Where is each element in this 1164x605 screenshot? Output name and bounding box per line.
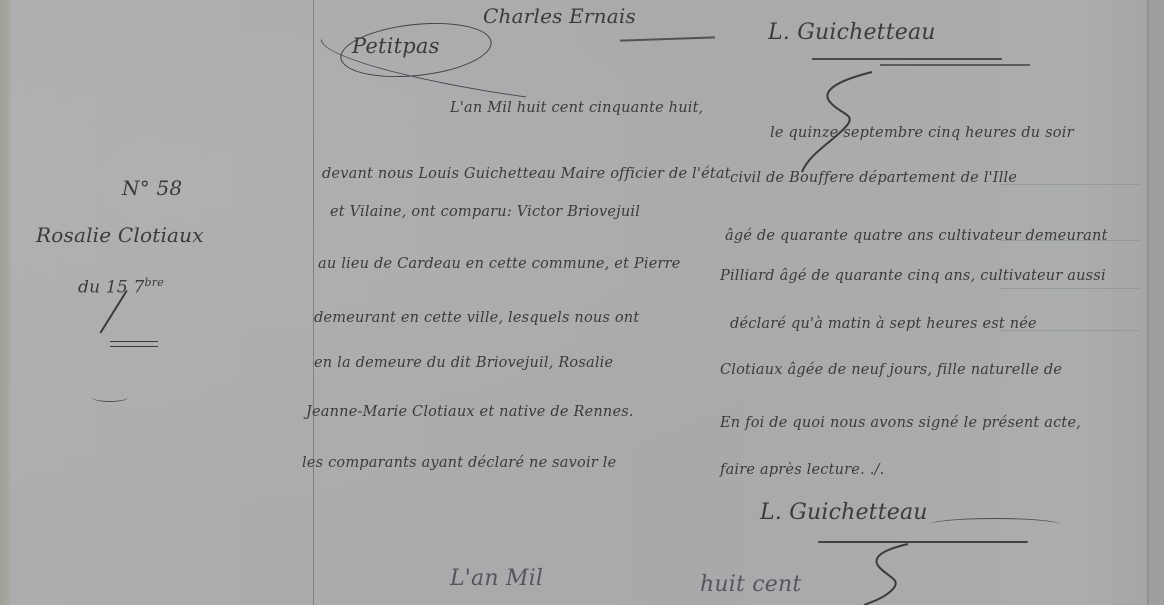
margin-date-month-sup: bre: [145, 276, 164, 289]
body-line-6-left: en la demeure du dit Briovejuil, Rosalie: [314, 355, 613, 371]
ruled-line: [1000, 184, 1140, 185]
signature-underline: [812, 58, 1002, 60]
body-line-7-right: En foi de quoi nous avons signé le prése…: [720, 415, 1081, 431]
paraph-flourish-icon: [860, 540, 940, 605]
margin-double-underline: [110, 341, 158, 347]
body-line-1-left: L'an Mil huit cent cinquante huit,: [450, 100, 703, 116]
next-entry-continuation: huit cent: [700, 572, 801, 597]
margin-dash-mark: [92, 393, 128, 402]
body-line-2-left: devant nous Louis Guichetteau Maire offi…: [322, 166, 731, 182]
officer-signature-bottom: L. Guichetteau: [760, 500, 928, 525]
body-line-5-right: déclaré qu'à matin à sept heures est née: [730, 316, 1037, 332]
body-line-7-left: Jeanne-Marie Clotiaux et native de Renne…: [306, 404, 634, 420]
body-line-2-right: civil de Bouffere département de l'Ille: [730, 170, 1017, 186]
ruled-line: [1000, 288, 1140, 289]
signature-flourish: [620, 36, 715, 41]
register-page: N° 58 Rosalie Clotiaux du 15 7bre Charle…: [0, 0, 1164, 605]
body-line-3-right: âgé de quarante quatre ans cultivateur d…: [725, 228, 1108, 244]
margin-date: du 15 7bre: [78, 276, 164, 298]
name-stamp-text: Petitpas: [352, 34, 440, 58]
next-entry-start: L'an Mil: [450, 566, 543, 591]
margin-child-name: Rosalie Clotiaux: [36, 223, 204, 247]
margin-entry-number: N° 58: [122, 176, 182, 200]
binding-strip: [1149, 0, 1164, 605]
body-line-3-left: et Vilaine, ont comparu: Victor Brioveju…: [330, 204, 640, 220]
body-line-8-left: les comparants ayant déclaré ne savoir l…: [302, 455, 616, 471]
body-line-1-right: le quinze septembre cinq heures du soir: [770, 125, 1074, 141]
body-line-4-left: au lieu de Cardeau en cette commune, et …: [318, 256, 681, 272]
signature-tail: [930, 518, 1060, 531]
paraph-flourish-icon: [800, 62, 910, 182]
body-line-8-right: faire après lecture. ./.: [720, 462, 884, 478]
signature-previous-entry: Charles Ernais: [483, 4, 636, 28]
page-left-edge: [0, 0, 10, 605]
margin-date-day: du 15: [78, 278, 128, 298]
body-line-4-right: Pilliard âgé de quarante cinq ans, culti…: [720, 268, 1106, 284]
margin-date-month: 7: [133, 278, 144, 298]
body-line-6-right: Clotiaux âgée de neuf jours, fille natur…: [720, 362, 1062, 378]
officer-signature-top: L. Guichetteau: [768, 20, 936, 45]
margin-rule: [313, 0, 314, 605]
body-line-5-left: demeurant en cette ville, lesquels nous …: [314, 310, 639, 326]
